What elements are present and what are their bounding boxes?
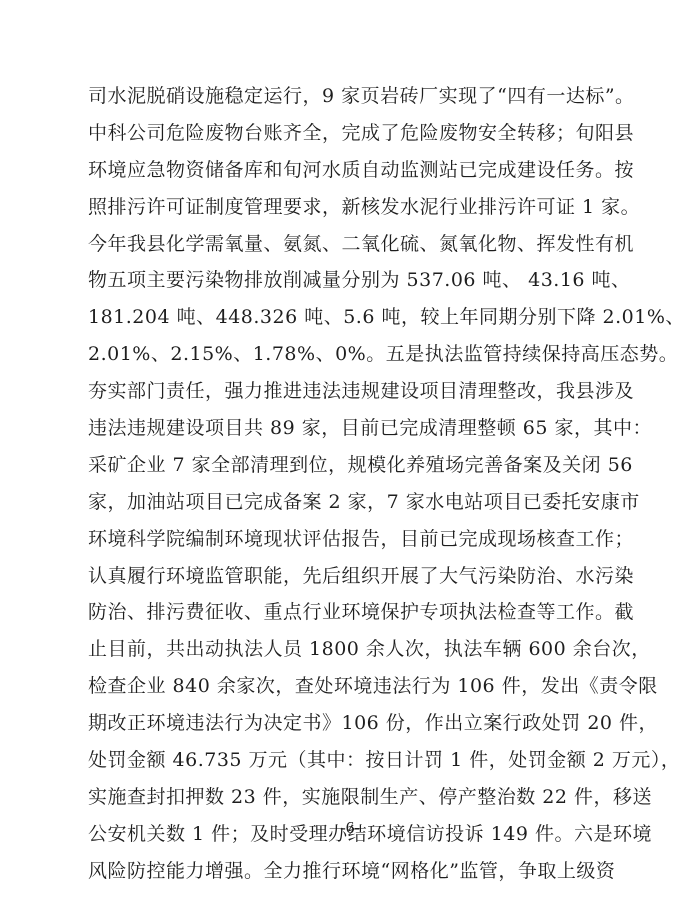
text-line: 环境科学院编制环境现状评估报告，目前已完成现场核查工作； — [88, 521, 614, 558]
text-line: 处罚金额 46.735 万元（其中：按日计罚 1 件，处罚金额 2 万元）， — [88, 742, 614, 779]
text-line: 采矿企业 7 家全部清理到位，规模化养殖场完善备案及关闭 56 — [88, 447, 614, 484]
text-line: 照排污许可证制度管理要求，新核发水泥行业排污许可证 1 家。 — [88, 189, 614, 226]
text-line: 中科公司危险废物台账齐全，完成了危险废物安全转移；旬阳县 — [88, 115, 614, 152]
text-line: 实施查封扣押数 23 件，实施限制生产、停产整治数 22 件，移送 — [88, 779, 614, 816]
text-line: 风险防控能力增强。全力推行环境“网格化”监管，争取上级资 — [88, 853, 614, 890]
text-line: 止目前，共出动执法人员 1800 余人次，执法车辆 600 余台次， — [88, 631, 614, 668]
text-line: 家，加油站项目已完成备案 2 家，7 家水电站项目已委托安康市 — [88, 484, 614, 521]
text-line: 环境应急物资储备库和旬河水质自动监测站已完成建设任务。按 — [88, 152, 614, 189]
page-number: -6- — [0, 818, 700, 838]
text-line: 违法违规建设项目共 89 家，目前已完成清理整顿 65 家，其中： — [88, 410, 614, 447]
text-line: 夯实部门责任，强力推进违法违规建设项目清理整改，我县涉及 — [88, 373, 614, 410]
document-page: 司水泥脱硝设施稳定运行，9 家页岩砖厂实现了“四有一达标”。 中科公司危险废物台… — [0, 0, 700, 900]
body-text: 司水泥脱硝设施稳定运行，9 家页岩砖厂实现了“四有一达标”。 中科公司危险废物台… — [88, 78, 614, 890]
text-line: 司水泥脱硝设施稳定运行，9 家页岩砖厂实现了“四有一达标”。 — [88, 78, 614, 115]
text-line: 期改正环境违法行为决定书》106 份，作出立案行政处罚 20 件， — [88, 705, 614, 742]
text-line: 防治、排污费征收、重点行业环境保护专项执法检查等工作。截 — [88, 594, 614, 631]
text-line: 今年我县化学需氧量、氨氮、二氧化硫、氮氧化物、挥发性有机 — [88, 226, 614, 263]
text-line: 2.01%、2.15%、1.78%、0%。五是执法监管持续保持高压态势。 — [88, 336, 614, 373]
text-line: 认真履行环境监管职能，先后组织开展了大气污染防治、水污染 — [88, 558, 614, 595]
text-line: 物五项主要污染物排放削减量分别为 537.06 吨、 43.16 吨、 — [88, 262, 614, 299]
text-line: 检查企业 840 余家次，查处环境违法行为 106 件，发出《责令限 — [88, 668, 614, 705]
text-line: 181.204 吨、448.326 吨、5.6 吨，较上年同期分别下降 2.01… — [88, 299, 614, 336]
